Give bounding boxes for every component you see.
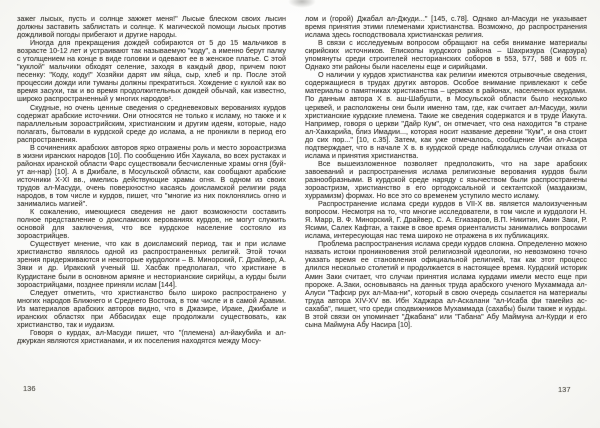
paragraph: Скудные, но очень ценные сведения о сред… [17, 104, 286, 144]
paragraph: В сочинениях арабских авторов ярко отраж… [17, 144, 286, 208]
page-right: лом и (горой) Джабал ал-Джуди..." [145, … [305, 15, 587, 329]
page-number-right: 137 [558, 385, 571, 394]
scanned-book-spread: зажег лысых, пусть и солнце зажжет меня!… [0, 0, 600, 428]
paragraph: Иногда для прекращения дождей собираются… [17, 39, 286, 103]
paragraph: Следует отметить, что христианство было … [17, 289, 286, 329]
paragraph: Все вышеизложенное позволяет предположит… [305, 160, 587, 200]
paragraph: К сожалению, имеющиеся сведения не дают … [17, 208, 286, 240]
paragraph: Говоря о курдах, ал-Масуди пишет, что "(… [17, 329, 286, 345]
paragraph: В связи с исследуемым вопросом обращают … [305, 39, 587, 71]
page-left: зажег лысых, пусть и солнце зажжет меня!… [17, 15, 286, 345]
paragraph: Проблема распространения ислама среди ку… [305, 240, 587, 329]
page-number-left: 136 [23, 384, 36, 393]
paragraph: О наличии у курдов христианства как рели… [305, 71, 587, 160]
paragraph: Распространение ислама среди курдов в VI… [305, 200, 587, 240]
scan-smudge-artifact [288, 0, 316, 8]
paragraph: зажег лысых, пусть и солнце зажжет меня!… [17, 15, 286, 39]
paragraph: Существует мнение, что как в доисламский… [17, 240, 286, 288]
paragraph: лом и (горой) Джабал ал-Джуди..." [145, … [305, 15, 587, 39]
